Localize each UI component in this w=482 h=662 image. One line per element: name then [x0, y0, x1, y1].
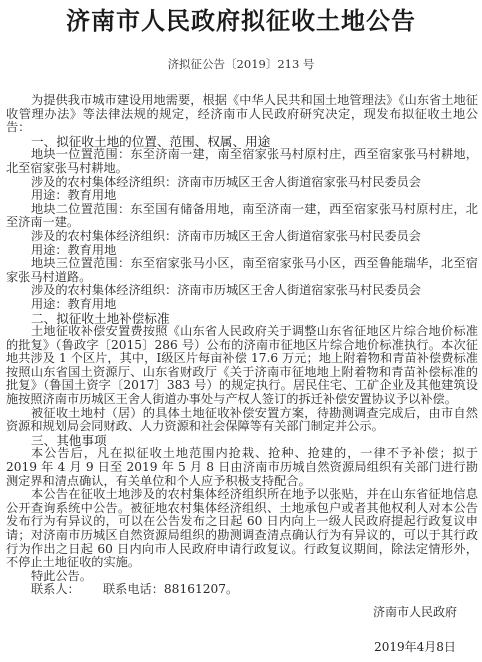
other-matters-paragraph-2: 本公告在征收土地涉及的农村集体经济组织所在地予以张贴，并在山东省征地信息公开查询… — [6, 488, 478, 570]
document-body: 为提供我市城市建设用地需要，根据《中华人民共和国土地管理法》《山东省土地征收管理… — [6, 94, 478, 597]
intro-paragraph: 为提供我市城市建设用地需要，根据《中华人民共和国土地管理法》《山东省土地征收管理… — [6, 94, 478, 135]
plot-2-org: 涉及的农村集体经济组织：济南市历城区王舍人街道宿家张马村民委员会 — [6, 230, 478, 244]
document-number: 济拟征公告〔2019〕213 号 — [0, 57, 482, 71]
document-title: 济南市人民政府拟征收土地公告 — [0, 6, 482, 36]
issuer-signature: 济南市人民政府 — [360, 603, 470, 620]
compensation-paragraph-2: 被征收土地村（居）的具体土地征收补偿安置方案，待勘测调查完成后，由市自然资源和规… — [6, 407, 478, 434]
plot-1-range: 地块一位置范围：东至济南一建，南至宿家张马村原村庄，西至宿家张马村耕地，北至宿家… — [6, 148, 478, 175]
plot-3-org: 涉及的农村集体经济组织：济南市历城区王舍人街道宿家张马村民委员会 — [6, 284, 478, 298]
plot-3-use: 用途：教育用地 — [6, 298, 478, 312]
contact-line: 联系人： 联系电话：88161207。 — [6, 583, 478, 597]
plot-3-range: 地块三位置范围：东至宿家张马小区，南至宿家张马小区，西至鲁能瑞华，北至宿家张马村… — [6, 257, 478, 284]
compensation-paragraph-1: 土地征收补偿安置费按照《山东省人民政府关于调整山东省征地区片综合地价标准的批复》… — [6, 325, 478, 407]
plot-1-use: 用途：教育用地 — [6, 189, 478, 203]
issue-date: 2019年4月8日 — [360, 638, 470, 655]
other-matters-paragraph-1: 本公告后，凡在拟征收土地范围内抢栽、抢种、抢建的，一律不予补偿；拟于 2019 … — [6, 447, 478, 488]
plot-2-range: 地块二位置范围：东至国有储备用地，南至济南一建，西至宿家张马村原村庄，北至济南一… — [6, 203, 478, 230]
